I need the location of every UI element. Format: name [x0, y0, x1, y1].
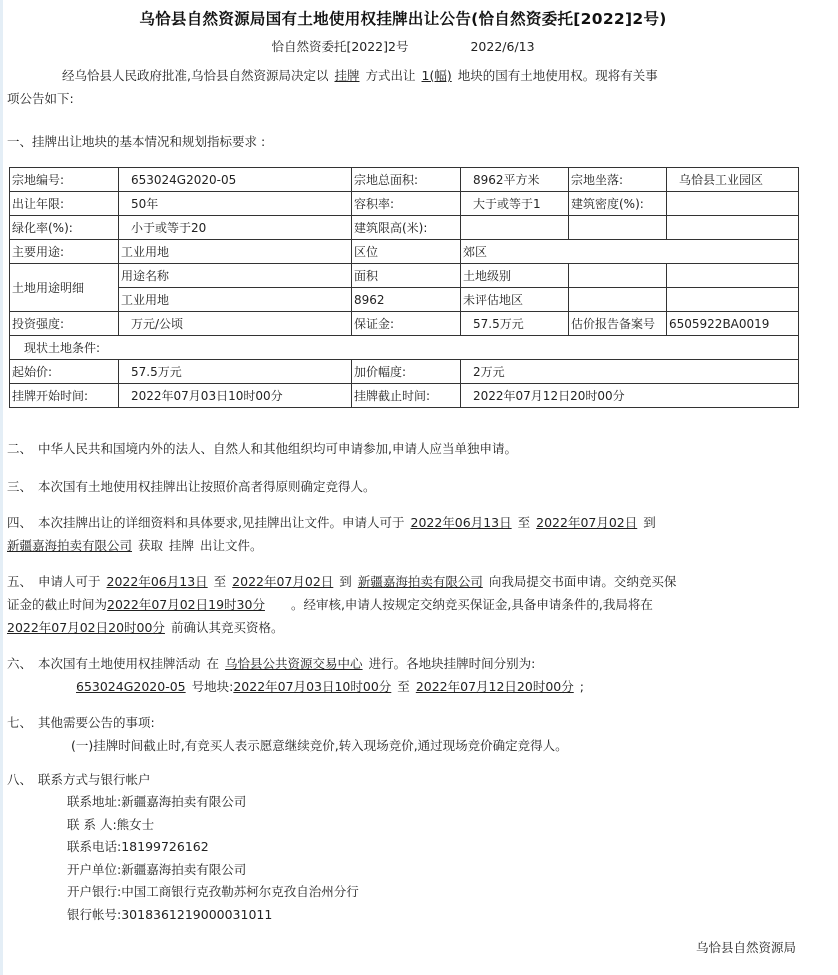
value-start-price: 57.5万元 — [119, 360, 352, 384]
table-row: 宗地编号: 653024G2020-05 宗地总面积: 8962平方米 宗地坐落… — [10, 168, 799, 192]
empty-cell — [667, 264, 799, 288]
label-zone: 区位 — [352, 240, 461, 264]
detail-area: 8962 — [352, 288, 461, 312]
value-deposit: 57.5万元 — [461, 312, 569, 336]
section-2: 二、中华人民共和国境内外的法人、自然人和其他组织均可申请参加,申请人应当单独申请… — [7, 437, 517, 460]
section-7-item-1: (一)挂牌时间截止时,有竞买人表示愿意继续竞价,转入现场竞价,通过现场竞价确定竞… — [71, 738, 568, 753]
value-main-use: 工业用地 — [119, 240, 352, 264]
table-row: 现状土地条件: — [10, 336, 799, 360]
contact-phone: 联系电话:18199726162 — [67, 836, 359, 859]
apply-end-date: 2022年07月02日 — [232, 574, 333, 589]
empty-cell — [667, 216, 799, 240]
account-bank: 开户银行:中国工商银行克孜勒苏柯尔克孜自治州分行 — [67, 881, 359, 904]
value-listing-end: 2022年07月12日20时00分 — [461, 384, 799, 408]
venue-link[interactable]: 乌恰县公共资源交易中心 — [225, 656, 363, 671]
empty-cell — [569, 264, 667, 288]
apply-start-date: 2022年06月13日 — [411, 515, 512, 530]
header-land-grade: 土地级别 — [461, 264, 569, 288]
table-row: 挂牌开始时间: 2022年07月03日10时00分 挂牌截止时间: 2022年0… — [10, 384, 799, 408]
table-row: 主要用途: 工业用地 区位 郊区 — [10, 240, 799, 264]
label-appraisal-record: 估价报告备案号 — [569, 312, 667, 336]
label-listing-end: 挂牌截止时间: — [352, 384, 461, 408]
label-listing-start: 挂牌开始时间: — [10, 384, 119, 408]
value-parcel-id: 653024G2020-05 — [119, 168, 352, 192]
label-deposit: 保证金: — [352, 312, 461, 336]
intro-paragraph: 经乌恰县人民政府批准,乌恰县自然资源局决定以挂牌方式出让1(幅)地块的国有土地使… — [7, 64, 807, 110]
label-location: 宗地坐落: — [569, 168, 667, 192]
doc-number: 恰自然资委托[2022]2号 — [271, 39, 408, 54]
section-7: 七、其他需要公告的事项: (一)挂牌时间截止时,有竞买人表示愿意继续竞价,转入现… — [7, 711, 807, 757]
header-area: 面积 — [352, 264, 461, 288]
detail-use-name: 工业用地 — [119, 288, 352, 312]
listing-end: 2022年07月12日20时00分 — [416, 679, 574, 694]
value-location: 乌恰县工业园区 — [667, 168, 799, 192]
section-3: 三、本次国有土地使用权挂牌出让按照价高者得原则确定竞得人。 — [7, 475, 376, 498]
table-row: 起始价: 57.5万元 加价幅度: 2万元 — [10, 360, 799, 384]
table-row: 出让年限: 50年 容积率: 大于或等于1 建筑密度(%): — [10, 192, 799, 216]
empty-cell — [569, 288, 667, 312]
doc-date: 2022/6/13 — [470, 39, 534, 54]
contact-person: 联 系 人:熊女士 — [67, 814, 359, 837]
apply-end-date: 2022年07月02日 — [536, 515, 637, 530]
value-zone: 郊区 — [461, 240, 799, 264]
empty-cell — [667, 288, 799, 312]
label-main-use: 主要用途: — [10, 240, 119, 264]
value-investment-intensity: 万元/公顷 — [119, 312, 352, 336]
method-link[interactable]: 挂牌 — [334, 68, 359, 83]
section-8: 八、联系方式与银行帐户 — [7, 768, 807, 791]
value-height-limit — [461, 216, 569, 240]
label-land-condition: 现状土地条件: — [10, 336, 799, 360]
detail-land-grade: 未评估地区 — [461, 288, 569, 312]
label-start-price: 起始价: — [10, 360, 119, 384]
label-height-limit: 建筑限高(米): — [352, 216, 461, 240]
value-building-density — [667, 192, 799, 216]
section-6: 六、本次国有土地使用权挂牌活动在乌恰县公共资源交易中心进行。各地块挂牌时间分别为… — [7, 652, 807, 698]
parcel-count: 1(幅) — [422, 68, 452, 83]
account-holder: 开户单位:新疆嘉海拍卖有限公司 — [67, 859, 359, 882]
label-total-area: 宗地总面积: — [352, 168, 461, 192]
section-1-heading: 一、挂牌出让地块的基本情况和规划指标要求 : — [7, 130, 265, 153]
value-listing-start: 2022年07月03日10时00分 — [119, 384, 352, 408]
section-5: 五、申请人可于2022年06月13日至2022年07月02日到新疆嘉海拍卖有限公… — [7, 570, 807, 639]
deposit-deadline: 2022年07月02日19时30分 — [107, 597, 265, 612]
contact-address: 联系地址:新疆嘉海拍卖有限公司 — [67, 791, 359, 814]
listing-start: 2022年07月03日10时00分 — [233, 679, 391, 694]
label-investment-intensity: 投资强度: — [10, 312, 119, 336]
value-increment: 2万元 — [461, 360, 799, 384]
header-use-name: 用途名称 — [119, 264, 352, 288]
value-total-area: 8962平方米 — [461, 168, 569, 192]
label-building-density: 建筑密度(%): — [569, 192, 667, 216]
account-number: 银行帐号:3018361219000031011 — [67, 904, 359, 927]
label-term: 出让年限: — [10, 192, 119, 216]
label-increment: 加价幅度: — [352, 360, 461, 384]
value-plot-ratio: 大于或等于1 — [461, 192, 569, 216]
value-term: 50年 — [119, 192, 352, 216]
table-row: 工业用地 8962 未评估地区 — [10, 288, 799, 312]
contact-list: 联系地址:新疆嘉海拍卖有限公司 联 系 人:熊女士 联系电话:181997261… — [67, 791, 359, 926]
label-plot-ratio: 容积率: — [352, 192, 461, 216]
doc-subtitle: 恰自然资委托[2022]2号2022/6/13 — [3, 37, 803, 55]
table-row: 投资强度: 万元/公顷 保证金: 57.5万元 估价报告备案号 6505922B… — [10, 312, 799, 336]
signature: 乌恰县自然资源局 — [696, 938, 796, 956]
empty-cell — [569, 216, 667, 240]
value-appraisal-record: 6505922BA0019 — [667, 312, 799, 336]
confirm-time: 2022年07月02日20时00分 — [7, 620, 165, 635]
apply-start-date: 2022年06月13日 — [107, 574, 208, 589]
label-green-ratio: 绿化率(%): — [10, 216, 119, 240]
section-4: 四、本次挂牌出让的详细资料和具体要求,见挂牌出让文件。申请人可于2022年06月… — [7, 511, 807, 557]
land-info-table: 宗地编号: 653024G2020-05 宗地总面积: 8962平方米 宗地坐落… — [9, 167, 799, 408]
page-title: 乌恰县自然资源局国有土地使用权挂牌出让公告(恰自然资委托[2022]2号) — [3, 7, 803, 29]
table-row: 绿化率(%): 小于或等于20 建筑限高(米): — [10, 216, 799, 240]
company-link[interactable]: 新疆嘉海拍卖有限公司 — [7, 538, 132, 553]
value-green-ratio: 小于或等于20 — [119, 216, 352, 240]
label-parcel-id: 宗地编号: — [10, 168, 119, 192]
parcel-id: 653024G2020-05 — [76, 679, 186, 694]
label-land-use-detail: 土地用途明细 — [10, 264, 119, 312]
table-row: 土地用途明细 用途名称 面积 土地级别 — [10, 264, 799, 288]
company-link[interactable]: 新疆嘉海拍卖有限公司 — [358, 574, 483, 589]
